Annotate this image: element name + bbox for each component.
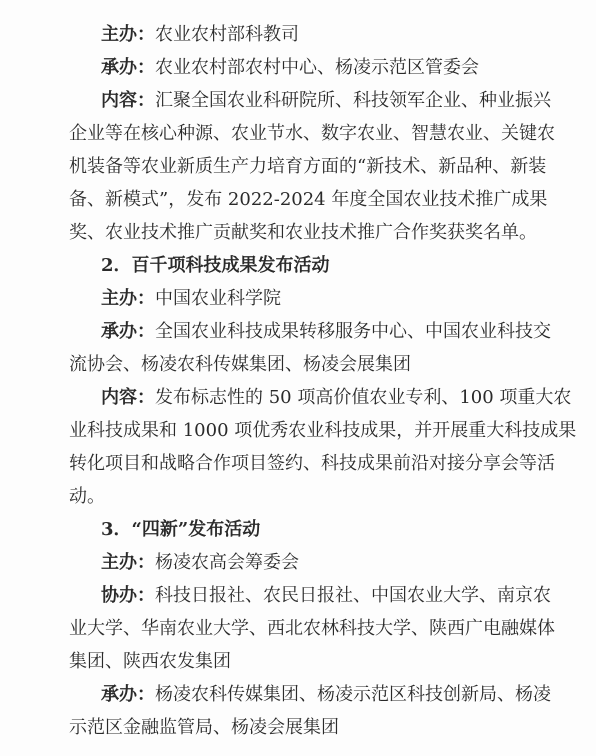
organizer-line: 承办：杨凌农科传媒集团、杨凌示范区科技创新局、杨凌: [101, 678, 517, 711]
content-line: 机装备等农业新质生产力培育方面的“新技术、新品种、新装: [69, 150, 517, 183]
co-organizer-line: 集团、陕西农发集团: [69, 645, 517, 678]
co-organizer-text: 科技日报社、农民日报社、中国农业大学、南京农: [155, 585, 551, 606]
content-line: 动。: [69, 480, 517, 513]
content-line: 企业等在核心种源、农业节水、数字农业、智慧农业、关键农: [69, 117, 517, 150]
content-text: 汇聚全国农业科研院所、科技领军企业、种业振兴: [155, 90, 551, 111]
organizer-line: 示范区金融监管局、杨凌会展集团: [69, 711, 517, 744]
content-line: 内容：汇聚全国农业科研院所、科技领军企业、种业振兴: [101, 84, 517, 117]
content-line: 奖、农业技术推广贡献奖和农业技术推广合作奖获奖名单。: [69, 216, 517, 249]
host-value: 农业农村部科教司: [155, 24, 299, 45]
organizer-label: 承办：: [101, 684, 155, 705]
organizer-text: 全国农业科技成果转移服务中心、中国农业科技交: [155, 321, 551, 342]
organizer-line: 流协会、杨凌农科传媒集团、杨凌会展集团: [69, 348, 517, 381]
organizer-label: 承办：: [101, 57, 155, 78]
organizer-label: 承办：: [101, 321, 155, 342]
organizer-line: 承办：农业农村部农村中心、杨凌示范区管委会: [101, 51, 517, 84]
host-value: 杨凌农高会筹委会: [155, 552, 299, 573]
organizer-line: 承办：全国农业科技成果转移服务中心、中国农业科技交: [101, 315, 517, 348]
host-label: 主办：: [101, 288, 155, 309]
co-organizer-label: 协办：: [101, 585, 155, 606]
host-label: 主办：: [101, 552, 155, 573]
host-value: 中国农业科学院: [155, 288, 281, 309]
organizer-value: 农业农村部农村中心、杨凌示范区管委会: [155, 57, 479, 78]
content-line: 备、新模式”，发布 2022-2024 年度全国农业技术推广成果: [69, 183, 517, 216]
content-label: 内容：: [101, 387, 155, 408]
host-line: 主办：杨凌农高会筹委会: [101, 546, 517, 579]
content-line: 业科技成果和 1000 项优秀农业科技成果，并开展重大科技成果: [69, 414, 517, 447]
host-label: 主办：: [101, 24, 155, 45]
content-label: 内容：: [101, 90, 155, 111]
content-text: 发布标志性的 50 项高价值农业专利、100 项重大农: [155, 387, 571, 408]
section-heading: 3．“四新”发布活动: [101, 513, 517, 546]
host-line: 主办：中国农业科学院: [101, 282, 517, 315]
co-organizer-line: 业大学、华南农业大学、西北农林科技大学、陕西广电融媒体: [69, 612, 517, 645]
organizer-text: 杨凌农科传媒集团、杨凌示范区科技创新局、杨凌: [155, 684, 551, 705]
section-heading: 2．百千项科技成果发布活动: [101, 249, 517, 282]
co-organizer-line: 协办：科技日报社、农民日报社、中国农业大学、南京农: [101, 579, 517, 612]
document-page: 主办：农业农村部科教司 承办：农业农村部农村中心、杨凌示范区管委会 内容：汇聚全…: [0, 0, 596, 756]
host-line: 主办：农业农村部科教司: [101, 18, 517, 51]
content-line: 内容：发布标志性的 50 项高价值农业专利、100 项重大农: [101, 381, 517, 414]
content-line: 转化项目和战略合作项目签约、科技成果前沿对接分享会等活: [69, 447, 517, 480]
